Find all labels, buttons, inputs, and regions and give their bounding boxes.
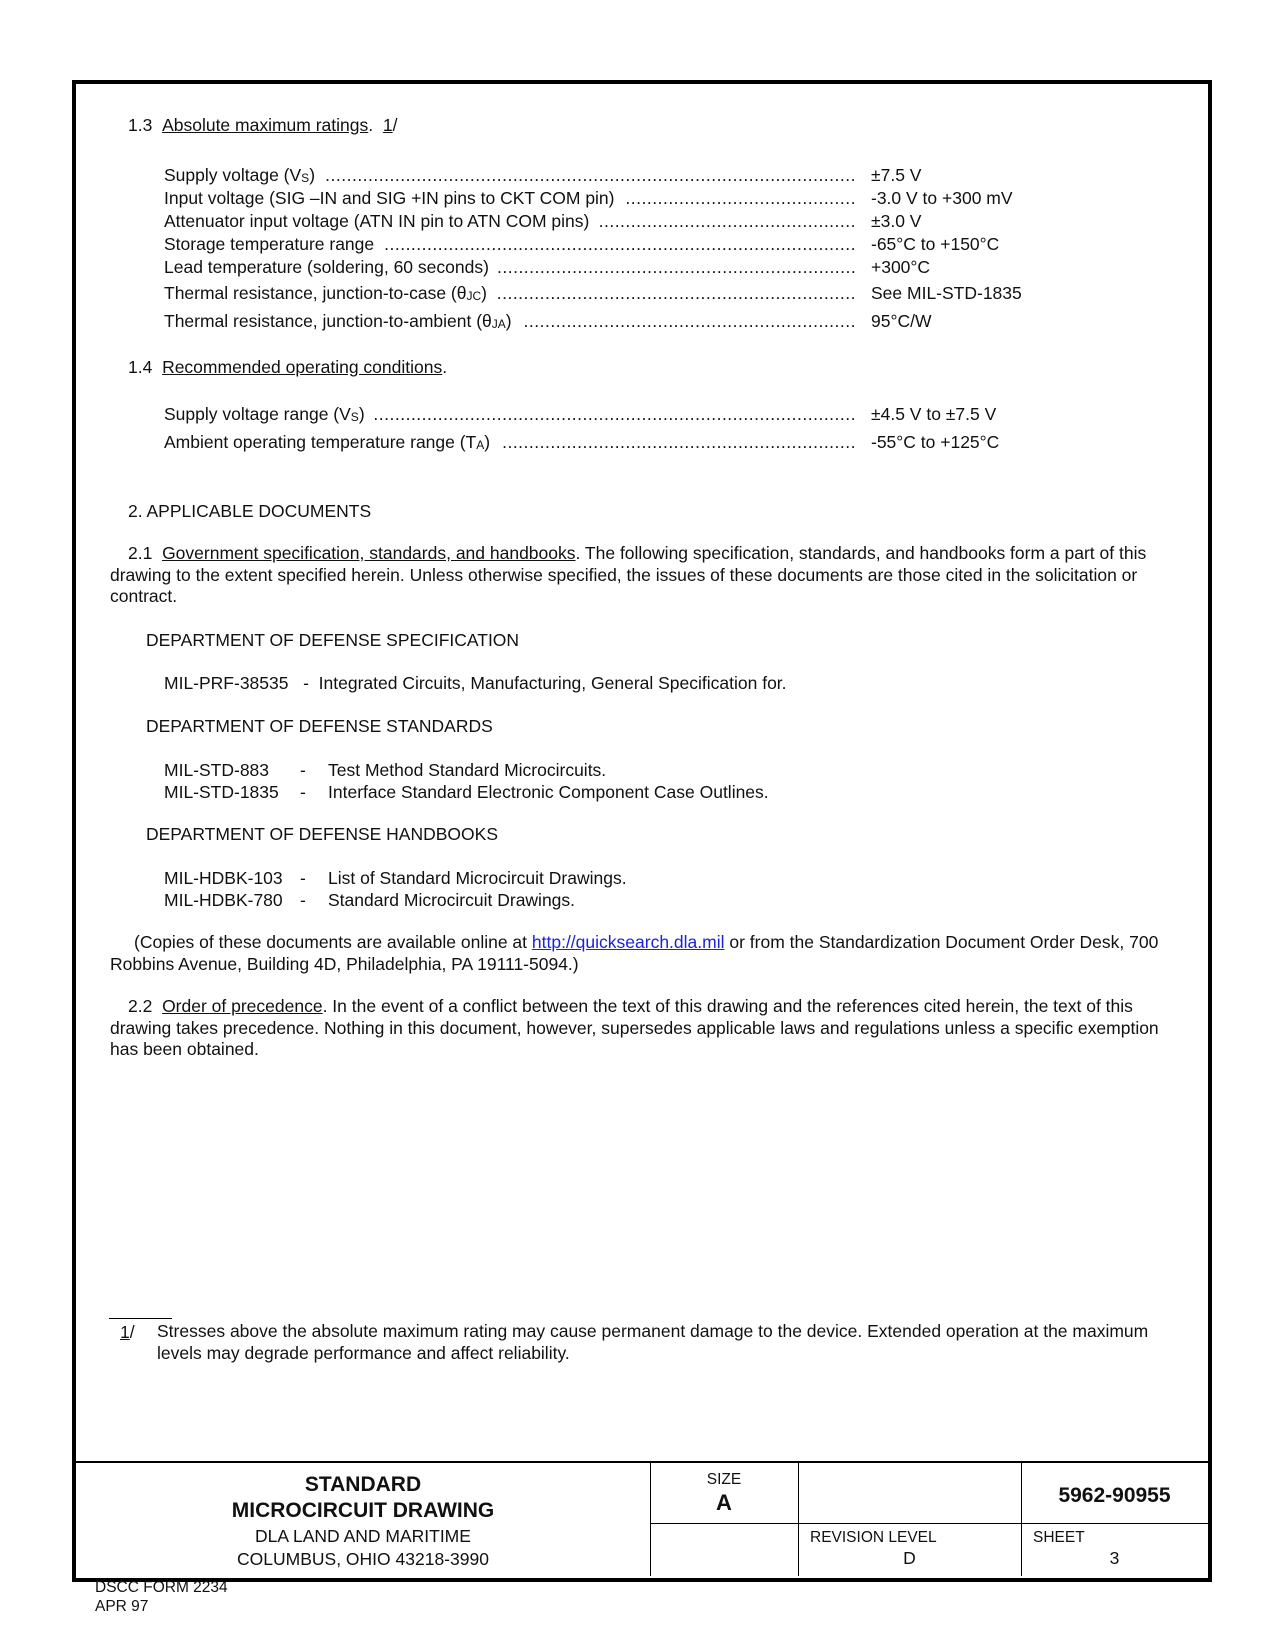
rating-label-end: ) <box>359 404 365 424</box>
rating-label-subscript: S <box>301 171 309 185</box>
rating-label-subscript: JA <box>492 317 506 331</box>
rating-label-text: Supply voltage range (V <box>164 404 351 424</box>
leader-dots: ........................................… <box>623 187 856 209</box>
doc-separator: - <box>303 673 309 693</box>
quicksearch-link[interactable]: http://quicksearch.dla.mil <box>532 932 725 952</box>
section-1-3-heading: 1.3 Absolute maximum ratings. 1/ <box>128 114 397 136</box>
rating-label-text: Supply voltage (V <box>164 165 301 185</box>
divider <box>650 1523 1208 1524</box>
rating-value: ±7.5 V <box>871 164 921 186</box>
size-value: A <box>650 1490 798 1516</box>
leader-dots: ........................................… <box>498 431 856 453</box>
section-title: Order of precedence <box>162 996 323 1016</box>
leader-dots: ........................................… <box>495 282 856 304</box>
rating-label: Supply voltage range (VS) <box>164 403 365 427</box>
copies-note-text: (Copies of these documents are available… <box>134 932 532 952</box>
rating-value: -3.0 V to +300 mV <box>871 187 1013 209</box>
section-number: 2.1 <box>128 543 152 563</box>
rating-label-text: Thermal resistance, junction-to-case (θ <box>164 283 466 303</box>
doc-separator: - <box>300 867 328 889</box>
footnote-divider <box>109 1318 172 1319</box>
section-2-2-paragraph: 2.2 Order of precedence. In the event of… <box>110 996 1175 1061</box>
doc-description: Integrated Circuits, Manufacturing, Gene… <box>319 673 787 693</box>
rating-label-text: Storage temperature range <box>164 234 374 254</box>
leader-dots: ........................................… <box>323 164 856 186</box>
rating-label: Supply voltage (VS) <box>164 164 315 188</box>
doc-row: MIL-STD-883-Test Method Standard Microci… <box>164 759 606 781</box>
doc-id: MIL-HDBK-780 <box>164 889 300 911</box>
rating-value: -55°C to +125°C <box>871 431 999 453</box>
doc-row: MIL-PRF-38535 - Integrated Circuits, Man… <box>164 672 787 694</box>
rating-value: +300°C <box>871 256 930 278</box>
rating-label: Ambient operating temperature range (TA) <box>164 431 490 455</box>
doc-separator: - <box>300 781 328 803</box>
doc-row: MIL-STD-1835-Interface Standard Electron… <box>164 781 769 803</box>
rating-label-text: Lead temperature (soldering, 60 seconds) <box>164 257 489 277</box>
rating-row: Input voltage (SIG –IN and SIG +IN pins … <box>164 187 1204 209</box>
leader-dots: ........................................… <box>520 310 856 332</box>
title-suffix: . <box>442 357 447 377</box>
dod-standards-heading: DEPARTMENT OF DEFENSE STANDARDS <box>146 715 493 737</box>
section-1-4-heading: 1.4 Recommended operating conditions. <box>128 356 447 378</box>
rating-label-text: Input voltage (SIG –IN and SIG +IN pins … <box>164 188 615 208</box>
leader-dots: ........................................… <box>497 256 856 278</box>
rating-label: Storage temperature range <box>164 233 374 255</box>
rating-label: Thermal resistance, junction-to-case (θJ… <box>164 282 487 306</box>
doc-separator: - <box>300 889 328 911</box>
doc-id: MIL-STD-883 <box>164 759 300 781</box>
rating-label-subscript: S <box>351 410 359 424</box>
rating-row: Thermal resistance, junction-to-case (θJ… <box>164 282 1204 304</box>
doc-description: Standard Microcircuit Drawings. <box>328 890 575 910</box>
section-title: Government specification, standards, and… <box>162 543 575 563</box>
doc-description: List of Standard Microcircuit Drawings. <box>328 868 627 888</box>
section-2-1-paragraph: 2.1 Government specification, standards,… <box>110 543 1175 608</box>
rating-label: Attenuator input voltage (ATN IN pin to … <box>164 210 589 232</box>
drawing-number: 5962-90955 <box>1021 1483 1208 1509</box>
rating-row: Supply voltage range (VS)...............… <box>164 403 1204 425</box>
rating-label-text: Ambient operating temperature range (T <box>164 432 476 452</box>
rating-value: 95°C/W <box>871 310 931 332</box>
rating-row: Storage temperature range...............… <box>164 233 1204 255</box>
footnote-ref-suffix: / <box>393 115 398 135</box>
agency-name: DLA LAND AND MARITIME <box>76 1525 650 1547</box>
rating-label-end: ) <box>481 283 487 303</box>
rating-row: Supply voltage (VS).....................… <box>164 164 1204 186</box>
footnote-number: 1 <box>120 1322 130 1342</box>
leader-dots: ........................................… <box>382 233 856 255</box>
section-title: Recommended operating conditions <box>162 357 442 377</box>
rating-row: Attenuator input voltage (ATN IN pin to … <box>164 210 1204 232</box>
rating-value: -65°C to +150°C <box>871 233 999 255</box>
leader-dots: ........................................… <box>597 210 856 232</box>
rating-label-text: Thermal resistance, junction-to-ambient … <box>164 311 492 331</box>
doc-id: MIL-HDBK-103 <box>164 867 300 889</box>
form-name: DSCC FORM 2234 <box>95 1578 228 1597</box>
revision-level-label: REVISION LEVEL <box>810 1527 937 1549</box>
revision-level-value: D <box>798 1547 1021 1569</box>
title-line-2: MICROCIRCUIT DRAWING <box>76 1498 650 1524</box>
dod-handbooks-heading: DEPARTMENT OF DEFENSE HANDBOOKS <box>146 823 498 845</box>
section-2-heading: 2. APPLICABLE DOCUMENTS <box>128 500 371 522</box>
rating-label: Lead temperature (soldering, 60 seconds) <box>164 256 489 278</box>
rating-row: Thermal resistance, junction-to-ambient … <box>164 310 1204 332</box>
rating-label-text: Attenuator input voltage (ATN IN pin to … <box>164 211 589 231</box>
section-number: 1.3 <box>128 115 152 135</box>
rating-value: ±3.0 V <box>871 210 921 232</box>
form-date: APR 97 <box>95 1597 148 1616</box>
footnote-text: Stresses above the absolute maximum rati… <box>157 1321 1162 1364</box>
section-number: 1.4 <box>128 357 152 377</box>
size-label: SIZE <box>650 1469 798 1491</box>
leader-dots: ........................................… <box>373 403 856 425</box>
rating-label-end: ) <box>309 165 315 185</box>
footnote-ref-link[interactable]: 1 <box>383 115 393 135</box>
doc-id: MIL-STD-1835 <box>164 781 300 803</box>
sheet-label: SHEET <box>1033 1527 1085 1549</box>
title-line-1: STANDARD <box>76 1472 650 1498</box>
rating-label-end: ) <box>506 311 512 331</box>
title-block: STANDARD MICROCIRCUIT DRAWING DLA LAND A… <box>76 1461 1208 1576</box>
section-number: 2.2 <box>128 996 152 1016</box>
rating-label-subscript: A <box>476 438 484 452</box>
agency-address: COLUMBUS, OHIO 43218-3990 <box>76 1548 650 1570</box>
footnote-suffix: / <box>130 1322 135 1342</box>
doc-description: Interface Standard Electronic Component … <box>328 782 769 802</box>
doc-row: MIL-HDBK-103-List of Standard Microcircu… <box>164 867 627 889</box>
doc-row: MIL-HDBK-780-Standard Microcircuit Drawi… <box>164 889 575 911</box>
doc-id: MIL-PRF-38535 <box>164 673 289 693</box>
rating-label-end: ) <box>484 432 490 452</box>
section-title: Absolute maximum ratings <box>162 115 368 135</box>
dod-specification-heading: DEPARTMENT OF DEFENSE SPECIFICATION <box>146 629 519 651</box>
doc-separator: - <box>300 759 328 781</box>
rating-value: See MIL-STD-1835 <box>871 282 1022 304</box>
rating-label: Thermal resistance, junction-to-ambient … <box>164 310 512 334</box>
rating-row: Ambient operating temperature range (TA)… <box>164 431 1204 453</box>
rating-label: Input voltage (SIG –IN and SIG +IN pins … <box>164 187 615 209</box>
rating-value: ±4.5 V to ±7.5 V <box>871 403 996 425</box>
rating-label-subscript: JC <box>466 289 481 303</box>
rating-row: Lead temperature (soldering, 60 seconds)… <box>164 256 1204 278</box>
sheet-number: 3 <box>1021 1547 1208 1569</box>
footnote-marker: 1/ <box>120 1321 135 1343</box>
copies-note: (Copies of these documents are available… <box>110 932 1175 975</box>
doc-description: Test Method Standard Microcircuits. <box>328 760 606 780</box>
title-suffix: . <box>368 115 373 135</box>
